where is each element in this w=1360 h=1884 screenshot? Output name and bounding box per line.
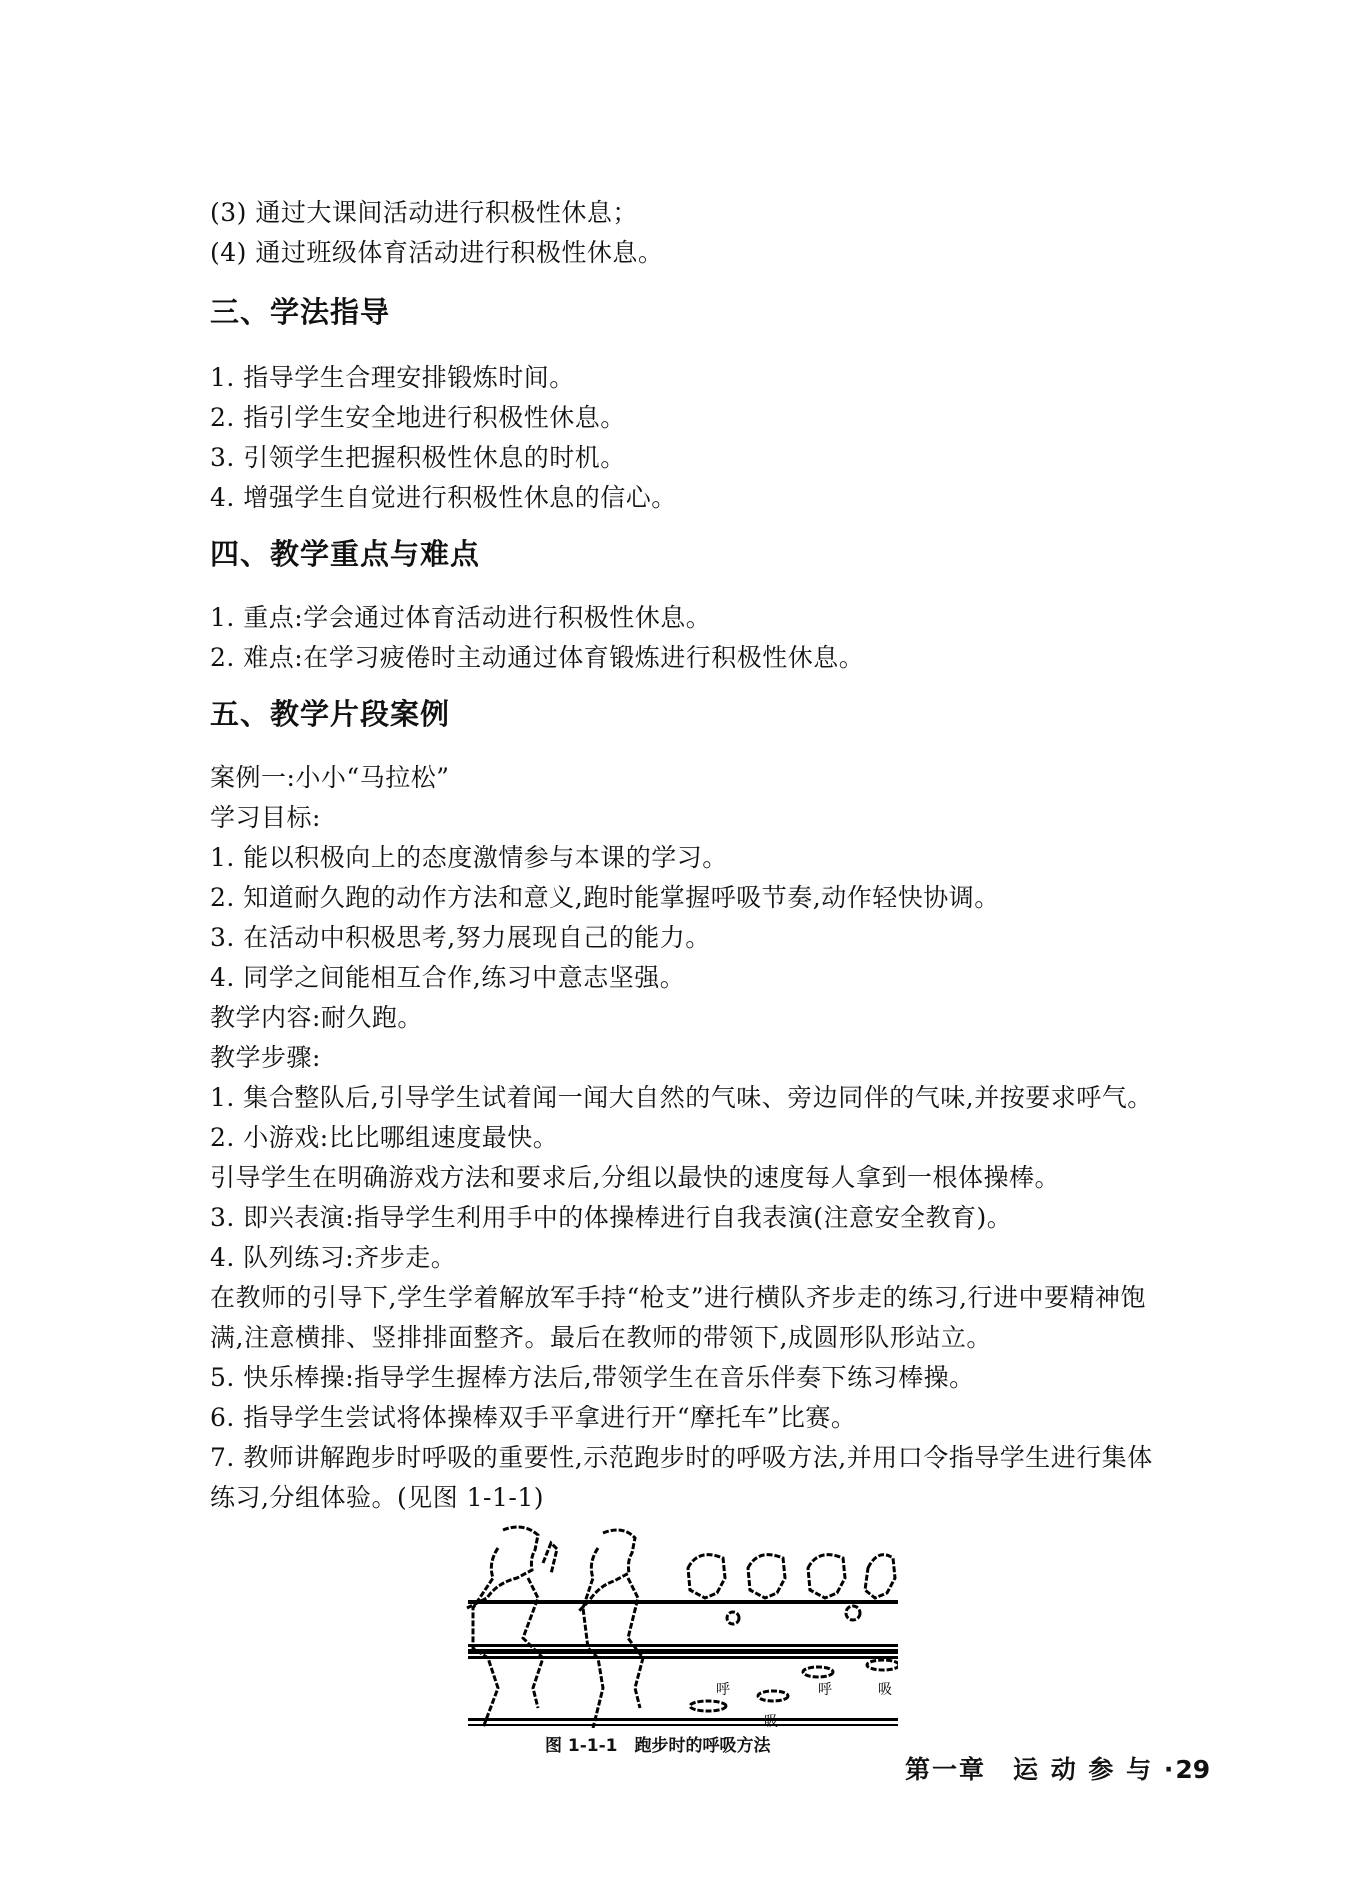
list-item: 3. 引领学生把握积极性休息的时机。 <box>210 443 626 473</box>
figure-label-inhale: 吸 <box>878 1682 892 1698</box>
goal-item: 4. 同学之间能相互合作,练习中意志坚强。 <box>210 963 685 993</box>
section-heading-teaching-cases: 五、教学片段案例 <box>210 697 450 731</box>
step-item: 1. 集合整队后,引导学生试着闻一闻大自然的气味、旁边同伴的气味,并按要求呼气。 <box>210 1083 1153 1113</box>
goal-item: 1. 能以积极向上的态度激情参与本课的学习。 <box>210 843 728 873</box>
chapter-title: 第一章 运 动 参 与 · <box>905 1755 1175 1784</box>
goals-label: 学习目标: <box>210 803 321 833</box>
running-breathing-illustration: 呼 吸 呼 吸 <box>458 1518 898 1728</box>
step-item: 3. 即兴表演:指导学生利用手中的体操棒进行自我表演(注意安全教育)。 <box>210 1203 1012 1233</box>
list-item: 4. 增强学生自觉进行积极性休息的信心。 <box>210 483 677 513</box>
step-item: 4. 队列练习:齐步走。 <box>210 1243 456 1273</box>
list-item: 2. 指引学生安全地进行积极性休息。 <box>210 403 626 433</box>
steps-label: 教学步骤: <box>210 1043 321 1073</box>
list-item: 1. 重点:学会通过体育活动进行积极性休息。 <box>210 603 711 633</box>
step-item: 在教师的引导下,学生学着解放军手持“枪支”进行横队齐步走的练习,行进中要精神饱 <box>210 1283 1146 1313</box>
page-footer: 第一章 运 动 参 与 ·29 <box>905 1755 1210 1785</box>
figure-caption: 图 1-1-1 跑步时的呼吸方法 <box>545 1735 771 1757</box>
section-heading-key-points: 四、教学重点与难点 <box>210 537 480 571</box>
document-page: (3) 通过大课间活动进行积极性休息； (4) 通过班级体育活动进行积极性休息。… <box>0 0 1360 1884</box>
step-item: 6. 指导学生尝试将体操棒双手平拿进行开“摩托车”比赛。 <box>210 1403 856 1433</box>
step-item: 满,注意横排、竖排排面整齐。最后在教师的带领下,成圆形队形站立。 <box>210 1323 992 1353</box>
figure-label-exhale: 呼 <box>818 1682 832 1698</box>
list-item: (4) 通过班级体育活动进行积极性休息。 <box>210 238 663 268</box>
step-item: 7. 教师讲解跑步时呼吸的重要性,示范跑步时的呼吸方法,并用口令指导学生进行集体 <box>210 1443 1153 1473</box>
figure-label-exhale: 呼 <box>716 1682 730 1698</box>
page-number: 29 <box>1175 1755 1210 1784</box>
content-label: 教学内容:耐久跑。 <box>210 1003 423 1033</box>
breathing-figure: 呼 吸 呼 吸 <box>458 1518 898 1728</box>
case-title: 案例一:小小“马拉松” <box>210 763 450 793</box>
step-item: 引导学生在明确游戏方法和要求后,分组以最快的速度每人拿到一根体操棒。 <box>210 1163 1060 1193</box>
goal-item: 2. 知道耐久跑的动作方法和意义,跑时能掌握呼吸节奏,动作轻快协调。 <box>210 883 1000 913</box>
list-item: (3) 通过大课间活动进行积极性休息； <box>210 198 638 228</box>
section-heading-study-guidance: 三、学法指导 <box>210 295 390 329</box>
step-item: 5. 快乐棒操:指导学生握棒方法后,带领学生在音乐伴奏下练习棒操。 <box>210 1363 975 1393</box>
step-item: 练习,分组体验。(见图 1-1-1) <box>210 1483 544 1513</box>
goal-item: 3. 在活动中积极思考,努力展现自己的能力。 <box>210 923 711 953</box>
step-item: 2. 小游戏:比比哪组速度最快。 <box>210 1123 558 1153</box>
list-item: 1. 指导学生合理安排锻炼时间。 <box>210 363 575 393</box>
figure-label-inhale: 吸 <box>764 1714 778 1728</box>
list-item: 2. 难点:在学习疲倦时主动通过体育锻炼进行积极性休息。 <box>210 643 864 673</box>
